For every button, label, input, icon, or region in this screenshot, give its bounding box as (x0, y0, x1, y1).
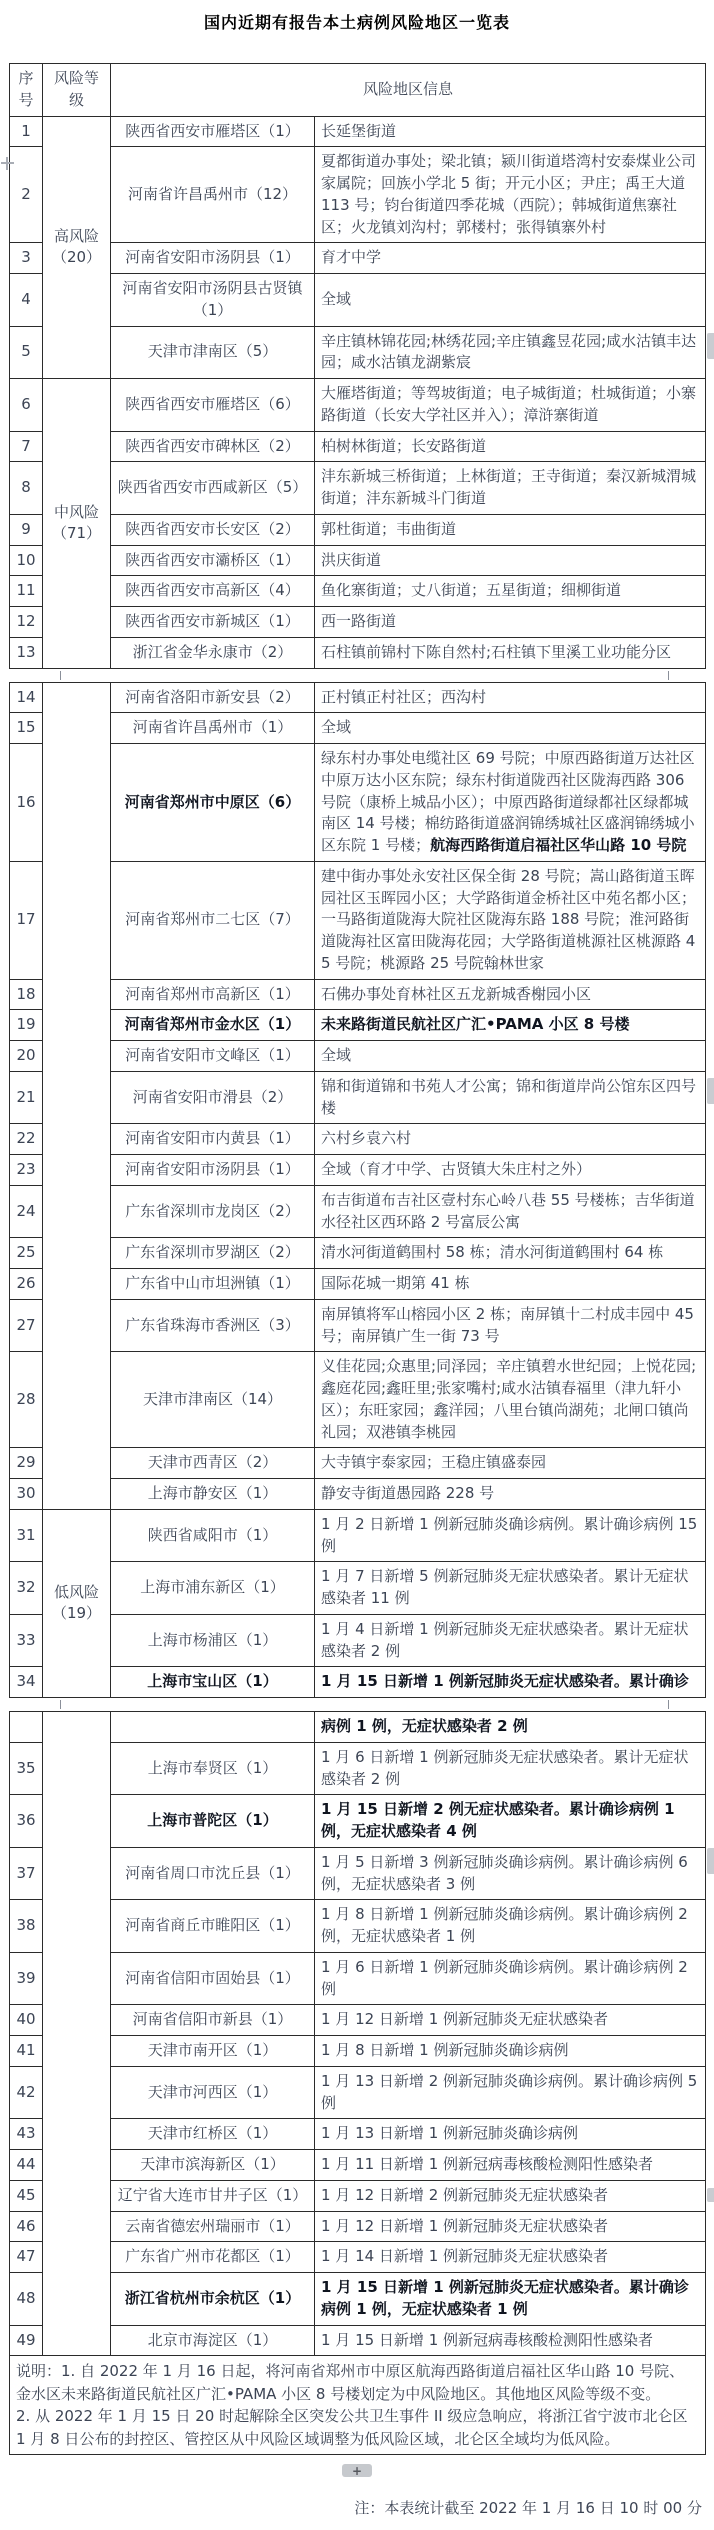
table-row: 9陕西省西安市长安区（2）郭杜街道；韦曲街道 (10, 514, 706, 545)
region-cell (111, 1712, 315, 1743)
row-no: 45 (10, 2180, 43, 2211)
region-cell: 上海市奉贤区（1） (111, 1742, 315, 1795)
detail-cell: 1 月 4 日新增 1 例新冠肺炎无症状感染者。累计无症状感染者 2 例 (315, 1614, 706, 1667)
region-cell: 上海市静安区（1） (111, 1479, 315, 1510)
row-no: 15 (10, 713, 43, 744)
region-cell: 云南省德宏州瑞丽市（1） (111, 2211, 315, 2242)
row-no: 13 (10, 637, 43, 668)
table-row: 24广东省深圳市龙岗区（2）布吉街道布吉社区壹村东心岭八巷 55 号楼栋；吉华街… (10, 1185, 706, 1238)
detail-cell: 1 月 13 日新增 2 例新冠肺炎确诊病例。累计确诊病例 5 例 (315, 2066, 706, 2119)
detail-cell: 石佛办事处育林社区五龙新城香榭园小区 (315, 979, 706, 1010)
detail-cell: 锦和街道锦和书苑人才公寓；锦和街道岸尚公馆东区四号楼 (315, 1071, 706, 1124)
detail-cell: 南屏镇将军山榕园小区 2 栋；南屏镇十二村成丰园中 45 号；南屏镇广生一街 7… (315, 1299, 706, 1352)
row-no: 18 (10, 979, 43, 1010)
detail-cell: 国际花城一期第 41 栋 (315, 1269, 706, 1300)
row-no: 38 (10, 1900, 43, 1953)
table-row: 10陕西省西安市灞桥区（1）洪庆街道 (10, 545, 706, 576)
region-cell: 陕西省西安市高新区（4） (111, 576, 315, 607)
detail-cell: 1 月 7 日新增 5 例新冠肺炎无症状感染者。累计无症状感染者 11 例 (315, 1562, 706, 1615)
row-no: 43 (10, 2119, 43, 2150)
scrollbar-fragment[interactable] (707, 1078, 714, 1104)
detail-cell: 全域 (315, 1041, 706, 1072)
table-row: 35上海市奉贤区（1）1 月 6 日新增 1 例新冠肺炎无症状感染者。累计无症状… (10, 1742, 706, 1795)
detail-cell: 洪庆街道 (315, 545, 706, 576)
table-row: 41天津市南开区（1）1 月 8 日新增 1 例新冠肺炎确诊病例 (10, 2036, 706, 2067)
header-no: 序号 (10, 64, 43, 117)
risk-level-cell: 低风险（19） (43, 1509, 111, 1697)
region-cell: 河南省安阳市文峰区（1） (111, 1041, 315, 1072)
scrollbar-fragment[interactable] (707, 2188, 714, 2202)
row-no: 1 (10, 116, 43, 147)
region-cell: 浙江省杭州市余杭区（1） (111, 2273, 315, 2326)
table-row: 2河南省许昌禹州市（12）夏都街道办事处；梁北镇；颍川街道塔湾村安泰煤业公司家属… (10, 147, 706, 243)
scrollbar-fragment[interactable] (707, 1848, 714, 1874)
detail-cell: 全域 (315, 274, 706, 327)
row-no: 24 (10, 1185, 43, 1238)
row-no: 26 (10, 1269, 43, 1300)
detail-cell: 1 月 12 日新增 2 例新冠肺炎无症状感染者 (315, 2180, 706, 2211)
region-cell: 河南省安阳市滑县（2） (111, 1071, 315, 1124)
region-cell: 河南省郑州市中原区（6） (111, 744, 315, 862)
page-break-gap (0, 669, 714, 682)
table-row: 42天津市河西区（1）1 月 13 日新增 2 例新冠肺炎确诊病例。累计确诊病例… (10, 2066, 706, 2119)
table-row: 37河南省周口市沈丘县（1）1 月 5 日新增 3 例新冠肺炎确诊病例。累计确诊… (10, 1847, 706, 1900)
page-2: 14河南省洛阳市新安县（2）正村镇正村社区；西沟村15河南省许昌禹州市（1）全域… (9, 682, 706, 1699)
detail-cell: 1 月 2 日新增 1 例新冠肺炎确诊病例。累计确诊病例 15 例 (315, 1509, 706, 1562)
region-cell: 河南省安阳市汤阴县古贤镇（1） (111, 274, 315, 327)
row-no: 42 (10, 2066, 43, 2119)
table-row: 12陕西省西安市新城区（1）西一路街道 (10, 607, 706, 638)
row-no: 37 (10, 1847, 43, 1900)
detail-cell: 病例 1 例，无症状感染者 2 例 (315, 1712, 706, 1743)
detail-cell: 郭杜街道；韦曲街道 (315, 514, 706, 545)
row-no: 39 (10, 1952, 43, 2005)
region-cell: 广东省广州市花都区（1） (111, 2242, 315, 2273)
region-cell: 天津市红桥区（1） (111, 2119, 315, 2150)
row-no: 48 (10, 2273, 43, 2326)
row-no: 2 (10, 147, 43, 243)
table-row: 病例 1 例，无症状感染者 2 例 (10, 1712, 706, 1743)
row-no: 49 (10, 2325, 43, 2356)
table-move-handle[interactable] (1, 157, 14, 170)
table-row: 25广东省深圳市罗湖区（2）清水河街道鹤围村 58 栋；清水河街道鹤围村 64 … (10, 1238, 706, 1269)
table-row: 14河南省洛阳市新安县（2）正村镇正村社区；西沟村 (10, 682, 706, 713)
row-no: 22 (10, 1124, 43, 1155)
table-row: 32上海市浦东新区（1）1 月 7 日新增 5 例新冠肺炎无症状感染者。累计无症… (10, 1562, 706, 1615)
table-row: 38河南省商丘市睢阳区（1）1 月 8 日新增 1 例新冠肺炎确诊病例。累计确诊… (10, 1900, 706, 1953)
region-cell: 上海市杨浦区（1） (111, 1614, 315, 1667)
table-row: 44天津市滨海新区（1）1 月 11 日新增 1 例新冠病毒核酸检测阳性感染者 (10, 2150, 706, 2181)
row-no: 23 (10, 1155, 43, 1186)
table-row: 3河南省安阳市汤阴县（1）育才中学 (10, 243, 706, 274)
region-cell: 河南省郑州市高新区（1） (111, 979, 315, 1010)
region-cell: 河南省安阳市汤阴县（1） (111, 243, 315, 274)
table-row: 27广东省珠海市香洲区（3）南屏镇将军山榕园小区 2 栋；南屏镇十二村成丰园中 … (10, 1299, 706, 1352)
detail-cell: 西一路街道 (315, 607, 706, 638)
detail-cell: 1 月 15 日新增 1 例新冠肺炎无症状感染者。累计确诊 (315, 1667, 706, 1698)
region-cell: 广东省珠海市香洲区（3） (111, 1299, 315, 1352)
region-cell: 天津市南开区（1） (111, 2036, 315, 2067)
notes-cell: 说明：1. 自 2022 年 1 月 16 日起，将河南省郑州市中原区航海西路街… (10, 2356, 706, 2455)
detail-cell: 1 月 6 日新增 1 例新冠肺炎确诊病例。累计确诊病例 2 例 (315, 1952, 706, 2005)
table-row: 49北京市海淀区（1）1 月 15 日新增 1 例新冠病毒核酸检测阳性感染者 (10, 2325, 706, 2356)
region-cell: 河南省郑州市二七区（7） (111, 861, 315, 979)
page-1: 序号风险等级风险地区信息1高风险（20）陕西省西安市雁塔区（1）长延堡街道2河南… (9, 63, 706, 669)
region-cell: 广东省深圳市罗湖区（2） (111, 1238, 315, 1269)
region-cell: 河南省许昌禹州市（1） (111, 713, 315, 744)
region-cell: 辽宁省大连市甘井子区（1） (111, 2180, 315, 2211)
detail-cell: 1 月 8 日新增 1 例新冠肺炎确诊病例。累计确诊病例 2 例，无症状感染者 … (315, 1900, 706, 1953)
region-cell: 陕西省西安市西咸新区（5） (111, 462, 315, 515)
detail-cell: 全域 (315, 713, 706, 744)
region-cell: 天津市津南区（14） (111, 1352, 315, 1448)
table-row: 1高风险（20）陕西省西安市雁塔区（1）长延堡街道 (10, 116, 706, 147)
detail-cell: 育才中学 (315, 243, 706, 274)
detail-cell: 义佳花园;众惠里;同泽园；辛庄镇碧水世纪园；上悦花园;鑫庭花园;鑫旺里;张家嘴村… (315, 1352, 706, 1448)
footer-timestamp-note: 注：本表统计截至 2022 年 1 月 16 日 10 时 00 分 (0, 2497, 714, 2530)
detail-cell: 正村镇正村社区；西沟村 (315, 682, 706, 713)
table-row: 6中风险（71）陕西省西安市雁塔区（6）大雁塔街道；等驾坡街道；电子城街道；杜城… (10, 379, 706, 432)
table-row: 19河南省郑州市金水区（1）未来路街道民航社区广汇•PAMA 小区 8 号楼 (10, 1010, 706, 1041)
detail-cell: 1 月 12 日新增 1 例新冠肺炎无症状感染者 (315, 2211, 706, 2242)
detail-cell: 沣东新城三桥街道；上林街道；王寺街道；秦汉新城渭城街道；沣东新城斗门街道 (315, 462, 706, 515)
row-no: 25 (10, 1238, 43, 1269)
header-row: 序号风险等级风险地区信息 (10, 64, 706, 117)
detail-cell: 辛庄镇林锦花园;林绣花园;辛庄镇鑫昱花园;咸水沽镇丰达园；咸水沽镇龙湖紫宸 (315, 326, 706, 379)
risk-level-cell: 高风险（20） (43, 116, 111, 379)
row-no: 12 (10, 607, 43, 638)
region-cell: 河南省商丘市睢阳区（1） (111, 1900, 315, 1953)
detail-cell: 1 月 11 日新增 1 例新冠病毒核酸检测阳性感染者 (315, 2150, 706, 2181)
row-no: 6 (10, 379, 43, 432)
table-row: 17河南省郑州市二七区（7）建中街办事处永安社区保全街 28 号院；嵩山路街道玉… (10, 861, 706, 979)
region-cell: 天津市西青区（2） (111, 1448, 315, 1479)
row-no: 28 (10, 1352, 43, 1448)
row-no: 11 (10, 576, 43, 607)
detail-cell: 石柱镇前锦村下陈自然村;石柱镇下里溪工业功能分区 (315, 637, 706, 668)
table-row: 36上海市普陀区（1）1 月 15 日新增 2 例无症状感染者。累计确诊病例 1… (10, 1795, 706, 1848)
region-cell: 上海市宝山区（1） (111, 1667, 315, 1698)
detail-cell: 静安寺街道愚园路 228 号 (315, 1479, 706, 1510)
row-no: 40 (10, 2005, 43, 2036)
region-cell: 天津市津南区（5） (111, 326, 315, 379)
detail-cell: 夏都街道办事处；梁北镇；颍川街道塔湾村安泰煤业公司家属院；回族小学北 5 街；开… (315, 147, 706, 243)
detail-cell: 柏树林街道；长安路街道 (315, 431, 706, 462)
region-cell: 广东省中山市坦洲镇（1） (111, 1269, 315, 1300)
row-no: 47 (10, 2242, 43, 2273)
row-no: 4 (10, 274, 43, 327)
region-cell: 天津市滨海新区（1） (111, 2150, 315, 2181)
row-no: 34 (10, 1667, 43, 1698)
header-level: 风险等级 (43, 64, 111, 117)
table-row: 39河南省信阳市固始县（1）1 月 6 日新增 1 例新冠肺炎确诊病例。累计确诊… (10, 1952, 706, 2005)
row-no: 7 (10, 431, 43, 462)
table-row: 20河南省安阳市文峰区（1）全域 (10, 1041, 706, 1072)
risk-level-cell (43, 1712, 111, 2356)
region-cell: 河南省周口市沈丘县（1） (111, 1847, 315, 1900)
detail-cell: 未来路街道民航社区广汇•PAMA 小区 8 号楼 (315, 1010, 706, 1041)
table-row: 4河南省安阳市汤阴县古贤镇（1）全域 (10, 274, 706, 327)
region-cell: 北京市海淀区（1） (111, 2325, 315, 2356)
row-no: 20 (10, 1041, 43, 1072)
table-row: 23河南省安阳市汤阴县（1）全域（育才中学、古贤镇大朱庄村之外） (10, 1155, 706, 1186)
row-no: 14 (10, 682, 43, 713)
region-cell: 上海市普陀区（1） (111, 1795, 315, 1848)
row-no: 32 (10, 1562, 43, 1615)
detail-cell: 1 月 15 日新增 1 例新冠病毒核酸检测阳性感染者 (315, 2325, 706, 2356)
row-no: 33 (10, 1614, 43, 1667)
insert-plus-control[interactable]: + (342, 2464, 372, 2477)
risk-level-cell: 中风险（71） (43, 379, 111, 669)
table-row: 43天津市红桥区（1）1 月 13 日新增 1 例新冠肺炎确诊病例 (10, 2119, 706, 2150)
detail-cell: 六村乡袁六村 (315, 1124, 706, 1155)
table-row: 31低风险（19）陕西省咸阳市（1）1 月 2 日新增 1 例新冠肺炎确诊病例。… (10, 1509, 706, 1562)
row-no: 29 (10, 1448, 43, 1479)
notes-row: 说明：1. 自 2022 年 1 月 16 日起，将河南省郑州市中原区航海西路街… (10, 2356, 706, 2455)
table-row: 8陕西省西安市西咸新区（5）沣东新城三桥街道；上林街道；王寺街道；秦汉新城渭城街… (10, 462, 706, 515)
detail-cell: 1 月 8 日新增 1 例新冠肺炎确诊病例 (315, 2036, 706, 2067)
region-cell: 河南省许昌禹州市（12） (111, 147, 315, 243)
page-break-gap (0, 1698, 714, 1711)
table-row: 26广东省中山市坦洲镇（1）国际花城一期第 41 栋 (10, 1269, 706, 1300)
region-cell: 河南省安阳市汤阴县（1） (111, 1155, 315, 1186)
row-no: 44 (10, 2150, 43, 2181)
region-cell: 河南省信阳市新县（1） (111, 2005, 315, 2036)
table-row: 5天津市津南区（5）辛庄镇林锦花园;林绣花园;辛庄镇鑫昱花园;咸水沽镇丰达园；咸… (10, 326, 706, 379)
row-no: 9 (10, 514, 43, 545)
row-no: 19 (10, 1010, 43, 1041)
table-row: 46云南省德宏州瑞丽市（1）1 月 12 日新增 1 例新冠肺炎无症状感染者 (10, 2211, 706, 2242)
detail-cell: 建中街办事处永安社区保全街 28 号院；嵩山路街道玉晖园社区玉晖园小区；大学路街… (315, 861, 706, 979)
region-cell: 陕西省西安市灞桥区（1） (111, 545, 315, 576)
region-cell: 陕西省西安市雁塔区（6） (111, 379, 315, 432)
detail-cell: 1 月 6 日新增 1 例新冠肺炎无症状感染者。累计无症状感染者 2 例 (315, 1742, 706, 1795)
table-row: 21河南省安阳市滑县（2）锦和街道锦和书苑人才公寓；锦和街道岸尚公馆东区四号楼 (10, 1071, 706, 1124)
detail-cell: 1 月 5 日新增 3 例新冠肺炎确诊病例。累计确诊病例 6 例，无症状感染者 … (315, 1847, 706, 1900)
detail-cell: 1 月 14 日新增 1 例新冠肺炎无症状感染者 (315, 2242, 706, 2273)
region-cell: 陕西省西安市雁塔区（1） (111, 116, 315, 147)
table-row: 33上海市杨浦区（1）1 月 4 日新增 1 例新冠肺炎无症状感染者。累计无症状… (10, 1614, 706, 1667)
region-cell: 河南省洛阳市新安县（2） (111, 682, 315, 713)
risk-area-table: 序号风险等级风险地区信息1高风险（20）陕西省西安市雁塔区（1）长延堡街道2河南… (0, 63, 714, 2455)
detail-cell: 1 月 15 日新增 2 例无症状感染者。累计确诊病例 1 例，无症状感染者 4… (315, 1795, 706, 1848)
table-row: 47广东省广州市花都区（1）1 月 14 日新增 1 例新冠肺炎无症状感染者 (10, 2242, 706, 2273)
row-no: 31 (10, 1509, 43, 1562)
row-no: 27 (10, 1299, 43, 1352)
row-no: 10 (10, 545, 43, 576)
row-no: 21 (10, 1071, 43, 1124)
row-no: 30 (10, 1479, 43, 1510)
detail-cell: 长延堡街道 (315, 116, 706, 147)
table-row: 40河南省信阳市新县（1）1 月 12 日新增 1 例新冠肺炎无症状感染者 (10, 2005, 706, 2036)
row-no: 16 (10, 744, 43, 862)
table-row: 15河南省许昌禹州市（1）全域 (10, 713, 706, 744)
region-cell: 河南省信阳市固始县（1） (111, 1952, 315, 2005)
row-no: 5 (10, 326, 43, 379)
detail-cell: 绿东村办事处电缆社区 69 号院；中原西路街道万达社区中原万达小区东院；绿东村街… (315, 744, 706, 862)
region-cell: 河南省安阳市内黄县（1） (111, 1124, 315, 1155)
risk-level-cell (43, 682, 111, 1509)
table-row: 28天津市津南区（14）义佳花园;众惠里;同泽园；辛庄镇碧水世纪园；上悦花园;鑫… (10, 1352, 706, 1448)
detail-cell: 大雁塔街道；等驾坡街道；电子城街道；杜城街道；小寨路街道（长安大学社区并入）；漳… (315, 379, 706, 432)
table-row: 18河南省郑州市高新区（1）石佛办事处育林社区五龙新城香榭园小区 (10, 979, 706, 1010)
row-no: 36 (10, 1795, 43, 1848)
table-row: 45辽宁省大连市甘井子区（1）1 月 12 日新增 2 例新冠肺炎无症状感染者 (10, 2180, 706, 2211)
page-3: 病例 1 例，无症状感染者 2 例35上海市奉贤区（1）1 月 6 日新增 1 … (9, 1711, 706, 2455)
region-cell: 浙江省金华永康市（2） (111, 637, 315, 668)
region-cell: 陕西省西安市碑林区（2） (111, 431, 315, 462)
region-cell: 陕西省西安市长安区（2） (111, 514, 315, 545)
page-title: 国内近期有报告本土病例风险地区一览表 (0, 0, 714, 33)
row-no: 3 (10, 243, 43, 274)
table-row: 48浙江省杭州市余杭区（1）1 月 15 日新增 1 例新冠肺炎无症状感染者。累… (10, 2273, 706, 2326)
detail-cell: 全域（育才中学、古贤镇大朱庄村之外） (315, 1155, 706, 1186)
region-cell: 广东省深圳市龙岗区（2） (111, 1185, 315, 1238)
table-row: 29天津市西青区（2）大寺镇宇泰家园；王稳庄镇盛泰园 (10, 1448, 706, 1479)
region-cell: 上海市浦东新区（1） (111, 1562, 315, 1615)
detail-cell: 1 月 12 日新增 1 例新冠肺炎无症状感染者 (315, 2005, 706, 2036)
table-row: 22河南省安阳市内黄县（1）六村乡袁六村 (10, 1124, 706, 1155)
table-row: 16河南省郑州市中原区（6）绿东村办事处电缆社区 69 号院；中原西路街道万达社… (10, 744, 706, 862)
detail-cell: 1 月 13 日新增 1 例新冠肺炎确诊病例 (315, 2119, 706, 2150)
row-no: 46 (10, 2211, 43, 2242)
region-cell: 天津市河西区（1） (111, 2066, 315, 2119)
table-row: 13浙江省金华永康市（2）石柱镇前锦村下陈自然村;石柱镇下里溪工业功能分区 (10, 637, 706, 668)
header-info: 风险地区信息 (111, 64, 706, 117)
region-cell: 陕西省咸阳市（1） (111, 1509, 315, 1562)
table-row: 30上海市静安区（1）静安寺街道愚园路 228 号 (10, 1479, 706, 1510)
table-row: 34上海市宝山区（1）1 月 15 日新增 1 例新冠肺炎无症状感染者。累计确诊 (10, 1667, 706, 1698)
row-no (10, 1712, 43, 1743)
detail-cell: 清水河街道鹤围村 58 栋；清水河街道鹤围村 64 栋 (315, 1238, 706, 1269)
region-cell: 河南省郑州市金水区（1） (111, 1010, 315, 1041)
scrollbar-fragment[interactable] (707, 333, 714, 359)
table-row: 11陕西省西安市高新区（4）鱼化寨街道；丈八街道；五星街道；细柳街道 (10, 576, 706, 607)
row-no: 17 (10, 861, 43, 979)
row-no: 8 (10, 462, 43, 515)
detail-cell: 鱼化寨街道；丈八街道；五星街道；细柳街道 (315, 576, 706, 607)
row-no: 41 (10, 2036, 43, 2067)
row-no: 35 (10, 1742, 43, 1795)
region-cell: 陕西省西安市新城区（1） (111, 607, 315, 638)
table-row: 7陕西省西安市碑林区（2）柏树林街道；长安路街道 (10, 431, 706, 462)
detail-cell: 大寺镇宇泰家园；王稳庄镇盛泰园 (315, 1448, 706, 1479)
detail-cell: 1 月 15 日新增 1 例新冠肺炎无症状感染者。累计确诊病例 1 例，无症状感… (315, 2273, 706, 2326)
detail-cell: 布吉街道布吉社区壹村东心岭八巷 55 号楼栋；吉华街道水径社区西环路 2 号富辰… (315, 1185, 706, 1238)
